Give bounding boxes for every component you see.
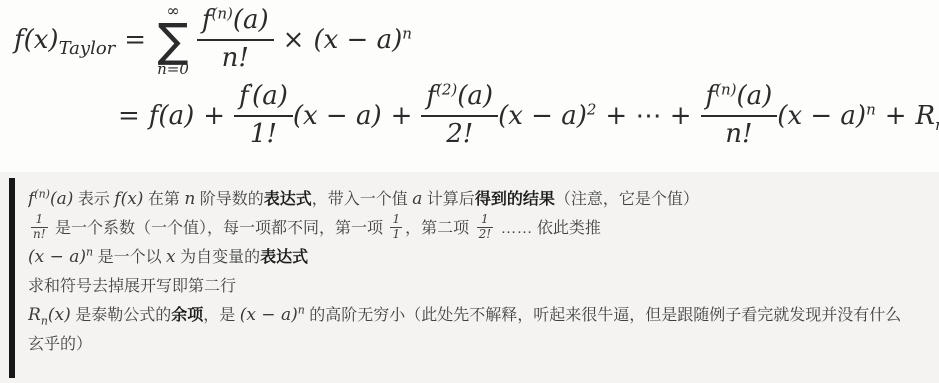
note-text: 是一个系数（一个值），每一项都不同，第一项 bbox=[51, 220, 388, 237]
note-text: 的高阶无穷小（此处先不解释，听起来很牛逼，但是跟随例子看完就发现并没有什么 bbox=[305, 307, 901, 324]
note-text: 是泰勒公式的 bbox=[71, 307, 171, 324]
note-text: 玄乎的） bbox=[28, 336, 92, 353]
power-term: (x − a)n bbox=[313, 25, 411, 55]
formula-line-2: = f(a) + f′(a) 1! (x − a) + f(2)(a) 2! (… bbox=[0, 80, 939, 152]
note-text: 为自变量的 bbox=[176, 249, 260, 266]
linear-term: (x − a) bbox=[293, 101, 382, 131]
note-bold-expression: 表达式 bbox=[264, 191, 312, 208]
math-fn-of-a: f(n)(a) bbox=[28, 189, 73, 209]
note-text: 在第 bbox=[143, 191, 184, 208]
equals-sign: = bbox=[118, 101, 140, 131]
fraction-numerator: f(n)(a) bbox=[197, 6, 274, 39]
taylor-subscript: Taylor bbox=[59, 38, 116, 59]
note-text: 表示 bbox=[73, 191, 114, 208]
fx-term: f(x) bbox=[14, 25, 59, 55]
note-text: …… 依此类推 bbox=[496, 220, 601, 237]
first-order-fraction: f′(a) 1! bbox=[234, 82, 293, 150]
math-remainder-rn: Rn(x) bbox=[28, 305, 71, 325]
nth-order-fraction: f(n)(a) n! bbox=[701, 82, 778, 150]
math-a: a bbox=[412, 189, 422, 209]
formula-lhs: f(x)Taylor bbox=[14, 25, 115, 55]
fraction-denominator: n! bbox=[197, 39, 274, 74]
summation-symbol: ∞ ∑ n=0 bbox=[157, 3, 189, 76]
sum-lower-limit: n=0 bbox=[157, 62, 189, 77]
math-fx: f(x) bbox=[114, 189, 143, 209]
plus-sign: + bbox=[203, 101, 225, 131]
math-one-over-two-factorial: 12! bbox=[477, 214, 493, 242]
times-sign: × bbox=[283, 25, 305, 55]
cdots-ellipsis: + ⋯ + bbox=[605, 101, 691, 131]
note-text: ，带入一个值 bbox=[312, 191, 412, 208]
remainder-term: Rn(x) bbox=[916, 101, 939, 131]
plus-sign: + bbox=[885, 101, 907, 131]
nth-power-term: (x − a)n bbox=[777, 101, 875, 131]
sigma-icon: ∑ bbox=[157, 19, 188, 61]
math-one-over-n-factorial: 1n! bbox=[31, 214, 48, 242]
note-text: 求和符号去掉展开写即第二行 bbox=[28, 278, 236, 295]
note-text: ，是 bbox=[203, 307, 239, 324]
taylor-formula-block: f(x)Taylor = ∞ ∑ n=0 f(n)(a) n! × (x − a… bbox=[0, 0, 939, 152]
note-line-1: f(n)(a) 表示 f(x) 在第 n 阶导数的表达式，带入一个值 a 计算后… bbox=[28, 185, 921, 214]
note-line-4: 求和符号去掉展开写即第二行 bbox=[28, 272, 921, 301]
second-order-fraction: f(2)(a) 2! bbox=[421, 82, 498, 150]
math-n: n bbox=[184, 189, 195, 209]
equals-sign: = bbox=[124, 25, 146, 55]
note-line-5: Rn(x) 是泰勒公式的余项，是 (x − a)n 的高阶无穷小（此处先不解释，… bbox=[28, 301, 921, 330]
note-text: ，第二项 bbox=[405, 220, 473, 237]
derivative-fraction: f(n)(a) n! bbox=[197, 6, 274, 74]
f-of-a-term: f(a) bbox=[149, 101, 194, 131]
math-one-over-one: 11 bbox=[390, 214, 402, 242]
plus-sign: + bbox=[391, 101, 413, 131]
note-text: 计算后 bbox=[422, 191, 474, 208]
math-x-minus-a-power-n: (x − a)n bbox=[240, 305, 305, 325]
note-bold-result: 得到的结果 bbox=[475, 191, 555, 208]
math-x: x bbox=[166, 247, 176, 267]
note-bold-expression: 表达式 bbox=[260, 249, 308, 266]
note-blockquote: f(n)(a) 表示 f(x) 在第 n 阶导数的表达式，带入一个值 a 计算后… bbox=[0, 172, 939, 383]
note-text: （注意，它是个值） bbox=[555, 191, 699, 208]
note-text: 阶导数的 bbox=[195, 191, 263, 208]
note-line-6: 玄乎的） bbox=[28, 330, 921, 359]
squared-term: (x − a)2 bbox=[498, 101, 596, 131]
formula-line-1: f(x)Taylor = ∞ ∑ n=0 f(n)(a) n! × (x − a… bbox=[0, 0, 939, 80]
note-line-3: (x − a)n 是一个以 x 为自变量的表达式 bbox=[28, 243, 921, 272]
blockquote-left-bar bbox=[9, 178, 15, 378]
article-page: f(x)Taylor = ∞ ∑ n=0 f(n)(a) n! × (x − a… bbox=[0, 0, 939, 383]
note-line-2: 1n! 是一个系数（一个值），每一项都不同，第一项 11，第二项 12! …… … bbox=[28, 214, 921, 243]
note-text: 是一个以 bbox=[93, 249, 166, 266]
math-x-minus-a-power-n: (x − a)n bbox=[28, 247, 93, 267]
note-bold-remainder: 余项 bbox=[171, 307, 203, 324]
